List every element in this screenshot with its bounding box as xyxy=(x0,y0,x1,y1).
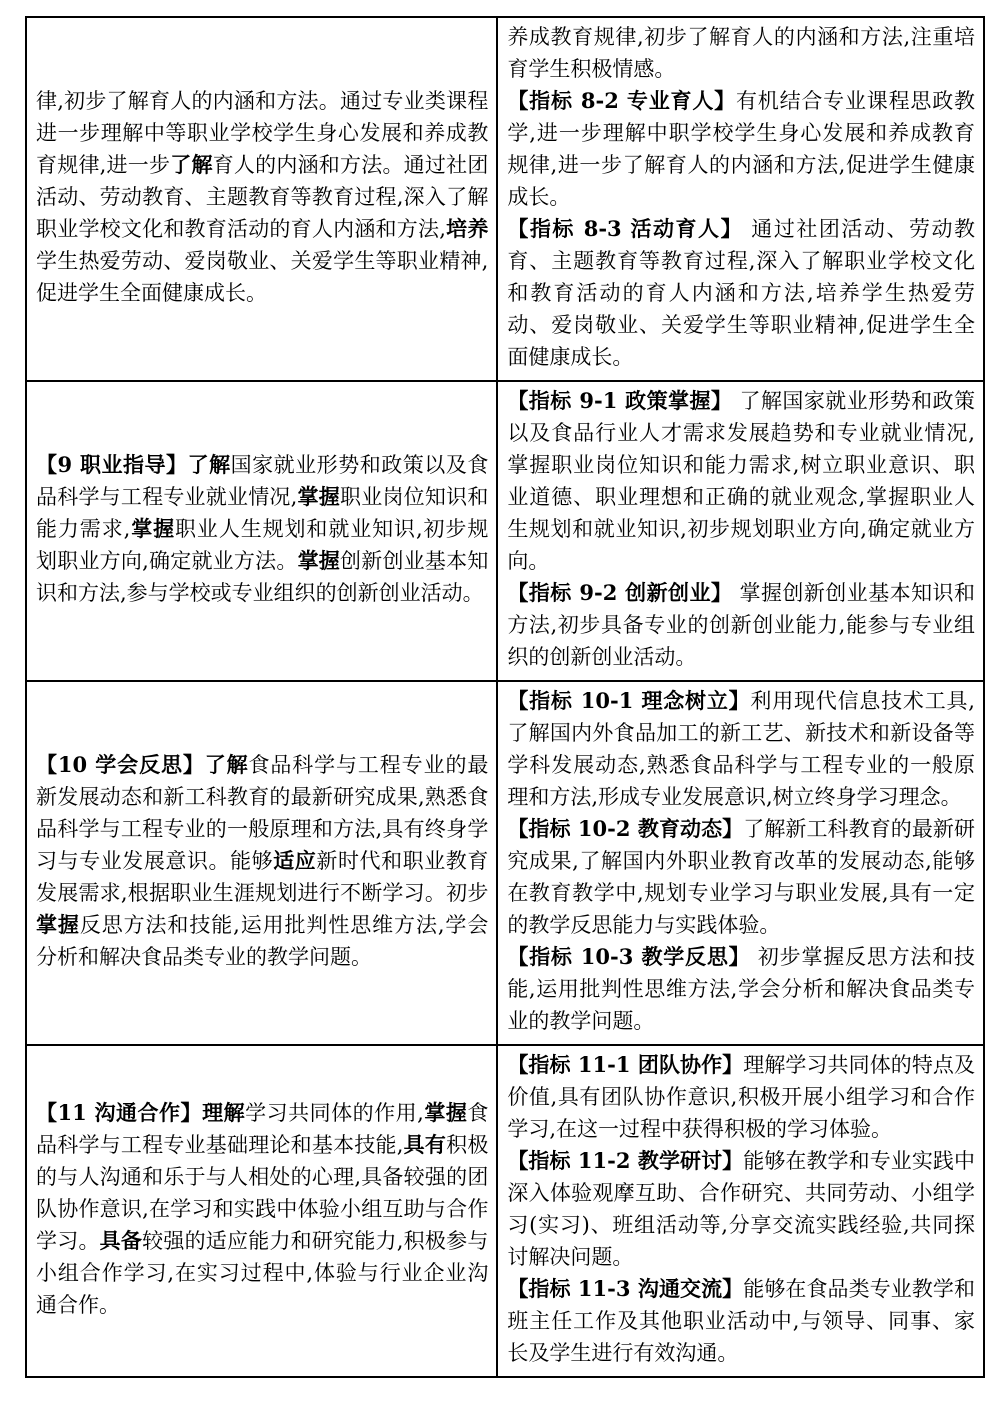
paragraph: 律,初步了解育人的内涵和方法。通过专业类课程进一步理解中等职业学校学生身心发展和… xyxy=(36,85,488,309)
emphasis-text: 掌握 xyxy=(36,912,80,937)
paragraph: 【11 沟通合作】理解学习共同体的作用,掌握食品科学与工程专业基础理论和基本技能… xyxy=(36,1097,488,1321)
right-cell: 养成教育规律,初步了解育人的内涵和方法,注重培育学生积极情感。【指标 8-2 专… xyxy=(497,17,984,381)
right-cell: 【指标 9-1 政策掌握】 了解国家就业形势和政策以及食品行业人才需求发展趋势和… xyxy=(497,381,984,681)
emphasis-text: 【指标 9-1 政策掌握】 xyxy=(507,388,732,413)
paragraph: 【指标 9-2 创新创业】 掌握创新创业基本知识和方法,初步具备专业的创新创业能… xyxy=(507,577,975,673)
table-body: 律,初步了解育人的内涵和方法。通过专业类课程进一步理解中等职业学校学生身心发展和… xyxy=(26,17,984,1377)
table-row: 律,初步了解育人的内涵和方法。通过专业类课程进一步理解中等职业学校学生身心发展和… xyxy=(26,17,984,381)
left-cell: 【10 学会反思】了解食品科学与工程专业的最新发展动态和新工科教育的最新研究成果… xyxy=(26,681,497,1045)
left-cell: 律,初步了解育人的内涵和方法。通过专业类课程进一步理解中等职业学校学生身心发展和… xyxy=(26,17,497,381)
emphasis-text: 培养 xyxy=(446,216,488,241)
paragraph: 【指标 9-1 政策掌握】 了解国家就业形势和政策以及食品行业人才需求发展趋势和… xyxy=(507,385,975,577)
emphasis-text: 掌握 xyxy=(130,516,175,541)
emphasis-text: 具备 xyxy=(100,1228,142,1253)
emphasis-text: 了解 xyxy=(170,152,212,177)
emphasis-text: 【指标 9-2 创新创业】 xyxy=(507,580,732,605)
emphasis-text: 适应 xyxy=(273,848,316,873)
paragraph: 【指标 8-3 活动育人】 通过社团活动、劳动教育、主题教育等教育过程,深入了解… xyxy=(507,213,975,373)
emphasis-text: 【10 学会反思】 xyxy=(36,752,205,777)
emphasis-text: 【指标 11-2 教学研讨】 xyxy=(507,1148,743,1173)
paragraph: 【指标 10-2 教育动态】了解新工科教育的最新研究成果,了解国内外职业教育改革… xyxy=(507,813,975,941)
right-cell: 【指标 10-1 理念树立】利用现代信息技术工具,了解国内外食品加工的新工艺、新… xyxy=(497,681,984,1045)
objectives-indicators-table: 律,初步了解育人的内涵和方法。通过专业类课程进一步理解中等职业学校学生身心发展和… xyxy=(25,16,985,1378)
table-row: 【10 学会反思】了解食品科学与工程专业的最新发展动态和新工科教育的最新研究成果… xyxy=(26,681,984,1045)
left-cell: 【9 职业指导】了解国家就业形势和政策以及食品科学与工程专业就业情况,掌握职业岗… xyxy=(26,381,497,681)
paragraph: 【10 学会反思】了解食品科学与工程专业的最新发展动态和新工科教育的最新研究成果… xyxy=(36,749,488,973)
emphasis-text: 【9 职业指导】 xyxy=(36,452,188,477)
table-row: 【11 沟通合作】理解学习共同体的作用,掌握食品科学与工程专业基础理论和基本技能… xyxy=(26,1045,984,1377)
body-text: 学生热爱劳动、爱岗敬业、关爱学生等职业精神,促进学生全面健康成长。 xyxy=(36,249,488,305)
emphasis-text: 掌握 xyxy=(298,548,340,573)
emphasis-text: 了解 xyxy=(205,752,249,777)
paragraph: 【指标 11-2 教学研讨】能够在教学和专业实践中深入体验观摩互助、合作研究、共… xyxy=(507,1145,975,1273)
emphasis-text: 【指标 8-2 专业育人】 xyxy=(507,88,736,113)
paragraph: 养成教育规律,初步了解育人的内涵和方法,注重培育学生积极情感。 xyxy=(507,21,975,85)
emphasis-text: 掌握 xyxy=(297,484,340,509)
emphasis-text: 【11 沟通合作】 xyxy=(36,1100,202,1125)
emphasis-text: 【指标 10-3 教学反思】 xyxy=(507,944,750,969)
emphasis-text: 【指标 11-3 沟通交流】 xyxy=(507,1276,743,1301)
emphasis-text: 掌握 xyxy=(424,1100,468,1125)
right-cell: 【指标 11-1 团队协作】理解学习共同体的特点及价值,具有团队协作意识,积极开… xyxy=(497,1045,984,1377)
emphasis-text: 【指标 8-3 活动育人】 xyxy=(507,216,743,241)
emphasis-text: 【指标 11-1 团队协作】 xyxy=(507,1052,743,1077)
body-text: 学习共同体的作用, xyxy=(245,1101,424,1125)
body-text: 了解国家就业形势和政策以及食品行业人才需求发展趋势和专业就业情况,掌握职业岗位知… xyxy=(507,389,975,573)
paragraph: 【指标 11-1 团队协作】理解学习共同体的特点及价值,具有团队协作意识,积极开… xyxy=(507,1049,975,1145)
left-cell: 【11 沟通合作】理解学习共同体的作用,掌握食品科学与工程专业基础理论和基本技能… xyxy=(26,1045,497,1377)
body-text: 反思方法和技能,运用批判性思维方法,学会分析和解决食品类专业的教学问题。 xyxy=(36,913,488,969)
paragraph: 【指标 10-1 理念树立】利用现代信息技术工具,了解国内外食品加工的新工艺、新… xyxy=(507,685,975,813)
paragraph: 【指标 10-3 教学反思】 初步掌握反思方法和技能,运用批判性思维方法,学会分… xyxy=(507,941,975,1037)
body-text: 养成教育规律,初步了解育人的内涵和方法,注重培育学生积极情感。 xyxy=(507,25,975,81)
emphasis-text: 理解 xyxy=(202,1100,245,1125)
table-row: 【9 职业指导】了解国家就业形势和政策以及食品科学与工程专业就业情况,掌握职业岗… xyxy=(26,381,984,681)
paragraph: 【指标 11-3 沟通交流】能够在食品类专业教学和班主任工作及其他职业活动中,与… xyxy=(507,1273,975,1369)
paragraph: 【9 职业指导】了解国家就业形势和政策以及食品科学与工程专业就业情况,掌握职业岗… xyxy=(36,449,488,609)
emphasis-text: 【指标 10-2 教育动态】 xyxy=(507,816,743,841)
emphasis-text: 【指标 10-1 理念树立】 xyxy=(507,688,750,713)
emphasis-text: 具有 xyxy=(403,1132,446,1157)
emphasis-text: 了解 xyxy=(188,452,231,477)
paragraph: 【指标 8-2 专业育人】有机结合专业课程思政教学,进一步理解中职学校学生身心发… xyxy=(507,85,975,213)
